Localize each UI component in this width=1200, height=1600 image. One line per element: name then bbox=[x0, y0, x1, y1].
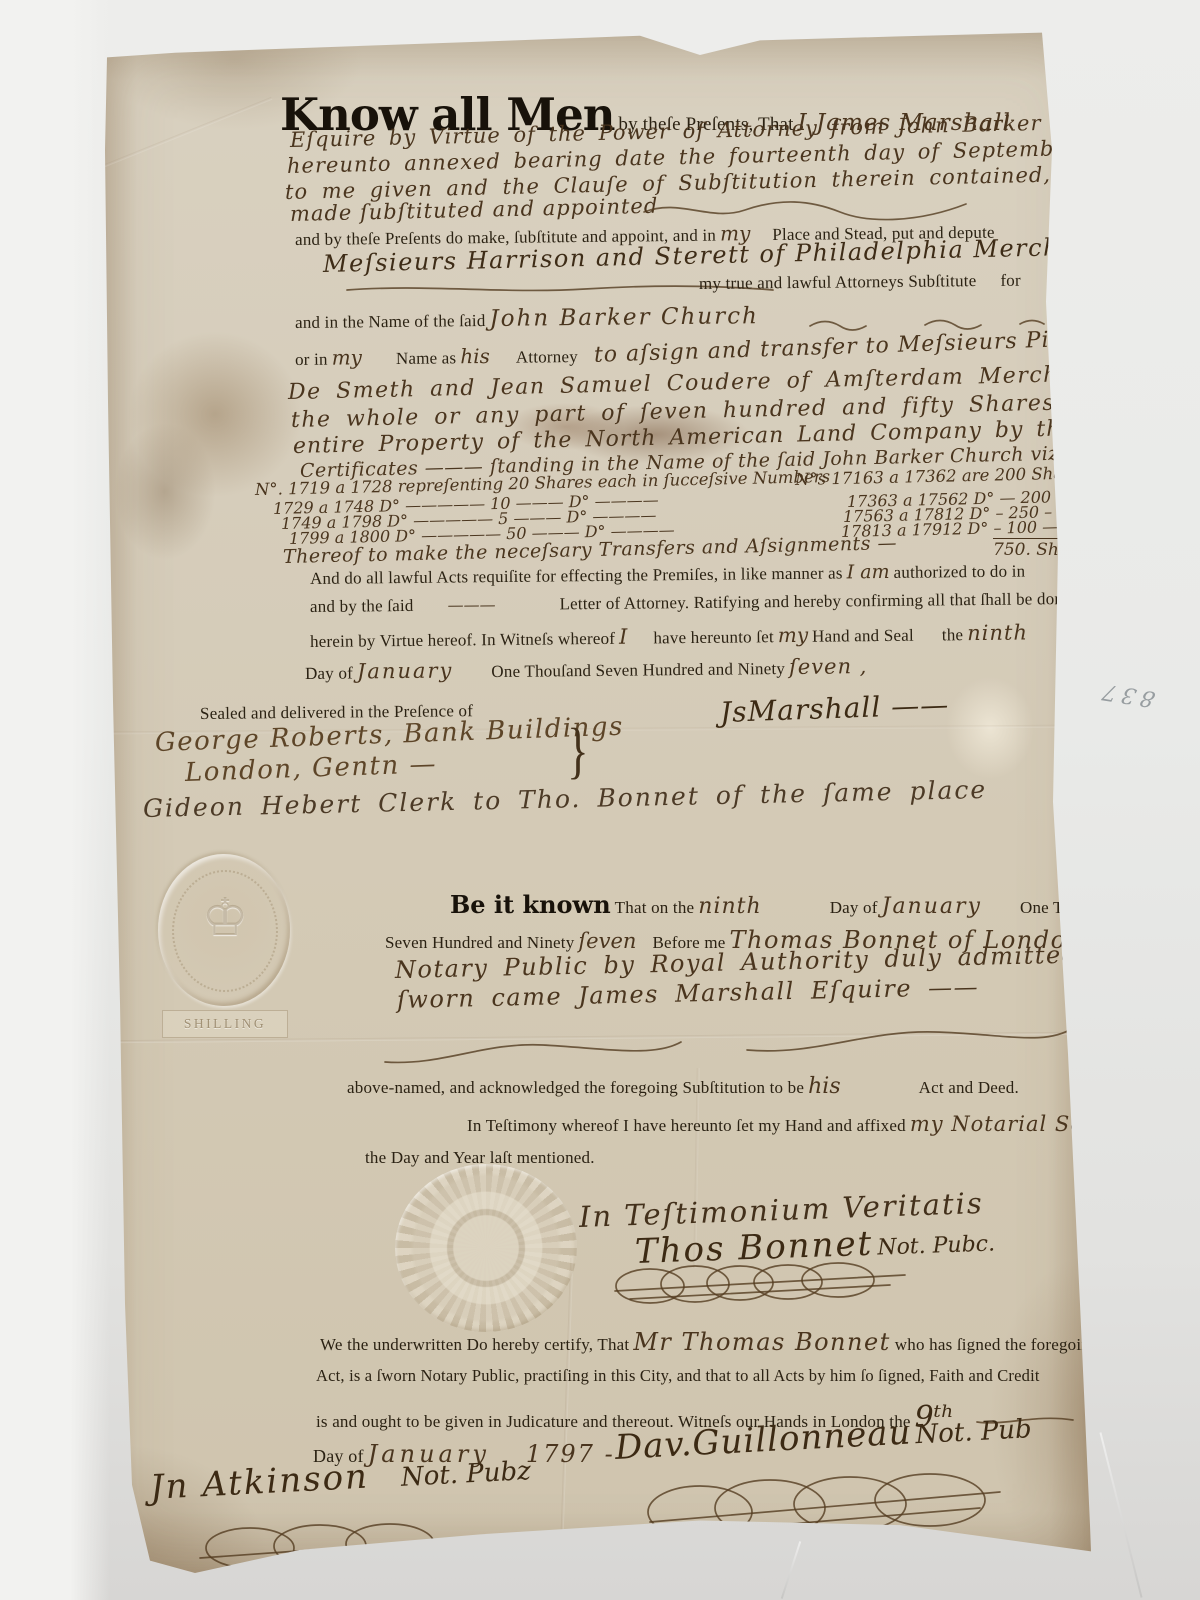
print-text: have hereunto ſet bbox=[653, 627, 774, 647]
print-text: authorized to do in bbox=[893, 562, 1025, 582]
handwritten-word: I bbox=[619, 625, 628, 649]
manuscript-document: ♔ SHILLING Know all Men by theſe Preſent… bbox=[95, 28, 1095, 1573]
handwritten-word: January bbox=[357, 658, 454, 683]
print-text: herein by Virtue hereof. In Witneſs wher… bbox=[310, 629, 615, 651]
print-text: Act and Deed. bbox=[919, 1078, 1019, 1097]
blank-space bbox=[373, 1486, 397, 1487]
handwritten-word: ninth bbox=[698, 894, 761, 919]
acknowledgment-line: above-named, and acknowledged the forego… bbox=[347, 1074, 1019, 1099]
name-of-line: and in the Name of the ſaid John Barker … bbox=[295, 303, 759, 334]
print-text: Day of bbox=[830, 898, 878, 917]
print-text: who has ſigned the foregoing bbox=[895, 1335, 1099, 1354]
handwritten-word: his bbox=[460, 344, 490, 368]
print-text: for bbox=[1000, 271, 1021, 290]
print-text: We the underwritten Do hereby certify, T… bbox=[320, 1335, 629, 1354]
print-text: and in the Name of the ſaid bbox=[295, 311, 486, 332]
certification-line: Act, is a ſworn Notary Public, practiſin… bbox=[316, 1366, 1040, 1386]
print-text: Letter of Attorney. Ratifying and hereby… bbox=[559, 589, 1070, 613]
blank-space bbox=[500, 609, 556, 610]
ink-flourish bbox=[640, 196, 970, 222]
handwritten-word: my bbox=[332, 345, 363, 369]
print-text: That on the bbox=[615, 898, 695, 917]
be-it-known-line: Be it known That on the ninth Day of Jan… bbox=[450, 890, 1120, 919]
attorneys-line: my true and lawful Attorneys Subſtitute … bbox=[699, 271, 1021, 294]
print-text: Attorney bbox=[516, 347, 578, 367]
stamp-denomination: SHILLING bbox=[162, 1010, 288, 1038]
handwritten-name: Mr Thomas Bonnet bbox=[633, 1328, 890, 1356]
witness-brace: } bbox=[567, 716, 588, 787]
ink-flourish bbox=[745, 1022, 1075, 1058]
print-text: above-named, and acknowledged the forego… bbox=[347, 1078, 804, 1097]
testimony-line: In Teſtimony whereof I have hereunto ſet… bbox=[467, 1112, 1105, 1136]
print-text: the bbox=[942, 625, 964, 644]
signature-title: Not. Pubc. bbox=[877, 1231, 996, 1260]
signature-title: Not. Pub bbox=[915, 1414, 1033, 1450]
handwritten-word: I am bbox=[847, 561, 890, 583]
handwritten-name: John Barker Church bbox=[489, 303, 759, 332]
ink-flourish bbox=[383, 1036, 683, 1068]
signature-title: Not. Pubz bbox=[400, 1456, 531, 1493]
embossed-notarial-seal bbox=[395, 1164, 577, 1332]
handwritten-word: his bbox=[808, 1074, 841, 1099]
handwritten-word: January bbox=[882, 894, 982, 919]
embossed-revenue-stamp: ♔ SHILLING bbox=[150, 854, 300, 1049]
handwritten-year: 1797 - bbox=[526, 1440, 615, 1468]
print-text: and by the ſaid bbox=[310, 596, 414, 616]
print-text: Name as bbox=[396, 348, 457, 368]
handwritten-word: ſeven , bbox=[789, 654, 868, 679]
print-text: Day of bbox=[305, 663, 353, 683]
certification-line: We the underwritten Do hereby certify, T… bbox=[320, 1328, 1099, 1356]
blackletter-heading: Be it known bbox=[450, 890, 611, 919]
print-text: or in bbox=[295, 350, 328, 369]
day-year-line: the Day and Year laſt mentioned. bbox=[365, 1148, 595, 1168]
handwritten-word: ninth bbox=[967, 620, 1028, 645]
print-text: my true and lawful Attorneys Subſtitute bbox=[699, 271, 977, 293]
table-total: 750. Shs bbox=[993, 538, 1068, 560]
handwritten-word: ſeven bbox=[578, 929, 636, 953]
print-text: In Teſtimony whereof I have hereunto ſet… bbox=[467, 1116, 906, 1135]
print-text: Seven Hundred and Ninety bbox=[385, 933, 574, 952]
print-text: Hand and Seal bbox=[812, 626, 914, 646]
crown-icon: ♔ bbox=[150, 888, 300, 948]
handwritten-dash: ——— bbox=[447, 595, 495, 615]
handwritten-word: my bbox=[778, 623, 809, 647]
signature-loops bbox=[610, 1260, 910, 1308]
print-text: One Thouſand Seven Hundred and Ninety bbox=[491, 659, 785, 681]
